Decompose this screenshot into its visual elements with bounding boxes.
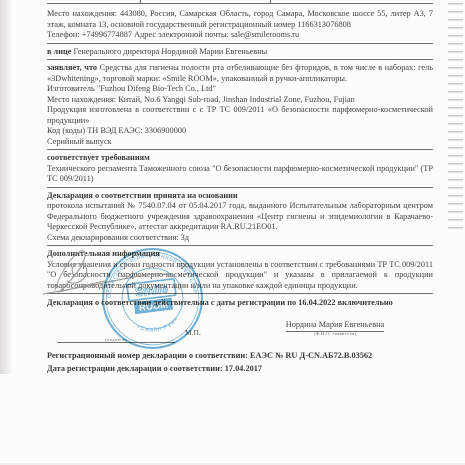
validity-statement: Декларация о соответствии действительна … — [47, 298, 433, 309]
table-remnant-tick — [140, 0, 141, 4]
applicant-name: Нордина Мария Евгеньевна — [286, 320, 385, 332]
section-additional-info: Дополнительная информация Условия хранен… — [47, 249, 433, 294]
declares-label: заявляет, что — [47, 63, 97, 72]
registration-date-label: Дата регистрации декларации о соответств… — [47, 364, 223, 373]
stacked-pages-edge — [448, 3, 463, 233]
signature-line: (подпись) — [57, 336, 175, 343]
manufacturer-address-text: Место нахождения: Китай, No.6 Yangqi Sub… — [47, 95, 433, 106]
tn-ved-code-text: Код (коды) ТН ВЭД ЕАЭС: 3306900000 — [47, 126, 433, 137]
basis-heading: Декларация о соответствии принята на осн… — [47, 191, 433, 202]
in-person-name: Генерального директора Нординой Марии Ев… — [74, 47, 268, 56]
table-remnant-rule — [47, 3, 433, 9]
product-description: Средства для гигиены полости рта отбелив… — [47, 63, 433, 83]
table-remnant-tick — [270, 0, 271, 4]
section-basis: Декларация о соответствии принята на осн… — [47, 191, 433, 247]
document-body: Место нахождения: 443080, Россия, Самарс… — [47, 3, 433, 378]
applicant-address-text: Место нахождения: 443080, Россия, Самарс… — [47, 9, 433, 30]
scan-left-edge-shadow — [0, 0, 12, 374]
section-declares: заявляет, что Средства для гигиены полос… — [47, 63, 433, 150]
signature-caption: (подпись) — [57, 336, 175, 342]
declaration-document-page: Место нахождения: 443080, Россия, Самарс… — [0, 0, 465, 465]
issue-type-text: Серийный выпуск — [47, 137, 433, 148]
made-in-accordance-text: Продукция изготовлена в соответствии с с… — [47, 105, 433, 126]
registration-block: Регистрационный номер декларации о соотв… — [47, 351, 433, 375]
applicant-name-caption: (Ф.И.О. заявителя) — [237, 330, 433, 336]
complies-heading: соответствует требованиям — [47, 153, 433, 164]
applicant-name-block: Нордина Мария Евгеньевна (Ф.И.О. заявите… — [237, 320, 433, 337]
in-person-label: в лице — [47, 47, 71, 56]
section-in-person: в лице Генерального директора Нординой М… — [47, 47, 433, 61]
registration-date-value: 17.04.2017 — [225, 364, 262, 373]
additional-heading: Дополнительная информация — [47, 249, 433, 260]
basis-text: протокола испытаний № 7540.07.04 от 05.0… — [47, 201, 433, 233]
section-applicant-location: Место нахождения: 443080, Россия, Самарс… — [47, 9, 433, 44]
scheme-text: Схема декларирования соответствия: 3д — [47, 233, 433, 244]
signature-row: (подпись) М.П. Нордина Мария Евгеньевна … — [47, 315, 433, 349]
seal-place-mark: М.П. — [185, 328, 201, 339]
section-complies: соответствует требованиям Технического р… — [47, 153, 433, 188]
manufacturer-text: Изготовитель "Fuzhou Difeng Bio-Tech Co.… — [47, 84, 433, 95]
additional-text: Условия хранения и сроки годности продук… — [47, 260, 433, 292]
applicant-contact-text: Телефон: +74996774887 Адрес электронной … — [47, 30, 433, 41]
registration-number-value: ЕАЭС № RU Д-CN.АБ72.В.03562 — [250, 351, 372, 360]
registration-number-label: Регистрационный номер декларации о соотв… — [47, 351, 248, 360]
complies-text: Технического регламента Таможенного союз… — [47, 164, 433, 185]
